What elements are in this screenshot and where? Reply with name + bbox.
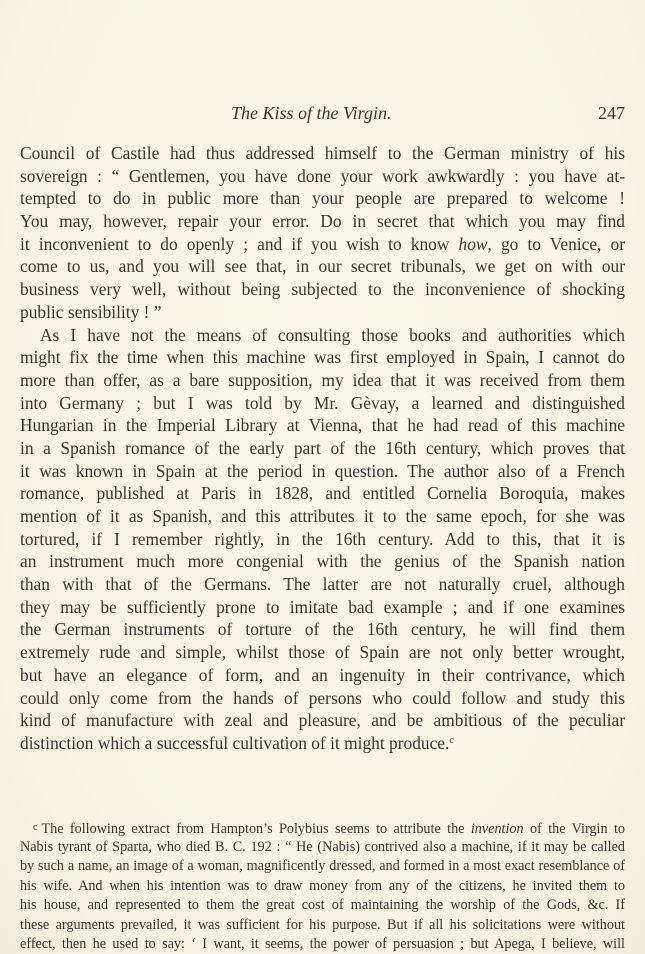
- body-line: business very well, without being subjec…: [20, 278, 625, 301]
- body-line: Council of Castile had thus addressed hi…: [20, 142, 625, 165]
- footnote-line: his wife. And when his intention was to …: [20, 877, 625, 897]
- footnote-mark: c: [33, 822, 37, 833]
- body-line: than with that of the Germans. The latte…: [20, 573, 625, 596]
- body-line: mention of it as Spanish, and this attri…: [20, 505, 625, 528]
- body-line: it inconvenient to do openly ; and if yo…: [20, 233, 625, 256]
- emphasis-invention: invention: [471, 821, 524, 837]
- footnote-line: Nabis tyrant of Sparta, who died B. C. 1…: [20, 838, 625, 858]
- body-line: into Germany ; but I was told by Mr. Gèv…: [20, 392, 625, 415]
- body-line: could only come from the hands of person…: [20, 687, 625, 710]
- running-title: The Kiss of the Virgin.: [231, 103, 392, 124]
- body-line: tempted to do in public more than your p…: [20, 187, 625, 210]
- body-line: You may, however, repair your error. Do …: [20, 210, 625, 233]
- body-line: an instrument much more congenial with t…: [20, 550, 625, 573]
- body-line-text: distinction which a successful cultivati…: [20, 733, 449, 753]
- body-line: As I have not the means of consulting th…: [20, 324, 625, 347]
- body-line: extremely rude and simple, whilst those …: [20, 641, 625, 664]
- body-line: it was known in Spain at the period in q…: [20, 460, 625, 483]
- footnote-line: these arguments prevailed, it was suffic…: [20, 916, 625, 936]
- page-number: 247: [598, 103, 625, 124]
- footnote-line: cThe following extract from Hampton’s Po…: [20, 818, 625, 838]
- footnote-line: by such a name, an image of a woman, mag…: [20, 857, 625, 877]
- running-head: The Kiss of the Virgin. 247: [20, 103, 625, 129]
- body-text: Council of Castile had thus addressed hi…: [20, 142, 625, 755]
- body-line: public sensibility ! ”: [20, 301, 625, 324]
- body-line: in a Spanish romance of the early part o…: [20, 437, 625, 460]
- body-line: but have an elegance of form, and an ing…: [20, 664, 625, 687]
- body-line: romance, published at Paris in 1828, and…: [20, 482, 625, 505]
- book-page: The Kiss of the Virgin. 247 Council of C…: [0, 0, 645, 954]
- body-line: they may be sufficiently prone to imitat…: [20, 596, 625, 619]
- footnote-line: his house, and represented to them the g…: [20, 896, 625, 916]
- body-line-text: it inconvenient to do openly ; and if yo…: [20, 234, 459, 254]
- body-line: come to us, and you will see that, in ou…: [20, 255, 625, 278]
- emphasis-how: how: [459, 234, 488, 254]
- footnote-line-text: of the Virgin to: [524, 821, 625, 837]
- footnote-line: effect, then he used to say: ‘ I want, i…: [20, 935, 625, 954]
- body-line: might fix the time when this machine was…: [20, 346, 625, 369]
- body-line: the German instruments of torture of the…: [20, 618, 625, 641]
- footnote-line-text: The following extract from Hampton’s Pol…: [41, 821, 470, 837]
- body-line: sovereign : “ Gentlemen, you have done y…: [20, 165, 625, 188]
- footnote: cThe following extract from Hampton’s Po…: [20, 818, 625, 954]
- body-line: kind of manufacture with zeal and pleasu…: [20, 709, 625, 732]
- body-line: Hungarian in the Imperial Library at Vie…: [20, 414, 625, 437]
- body-line: tortured, if I remember rightly, in the …: [20, 528, 625, 551]
- body-line-text: , go to Venice, or: [488, 234, 625, 254]
- body-line: distinction which a successful cultivati…: [20, 732, 625, 755]
- body-line: more than offer, as a bare supposition, …: [20, 369, 625, 392]
- footnote-reference[interactable]: c: [449, 735, 453, 746]
